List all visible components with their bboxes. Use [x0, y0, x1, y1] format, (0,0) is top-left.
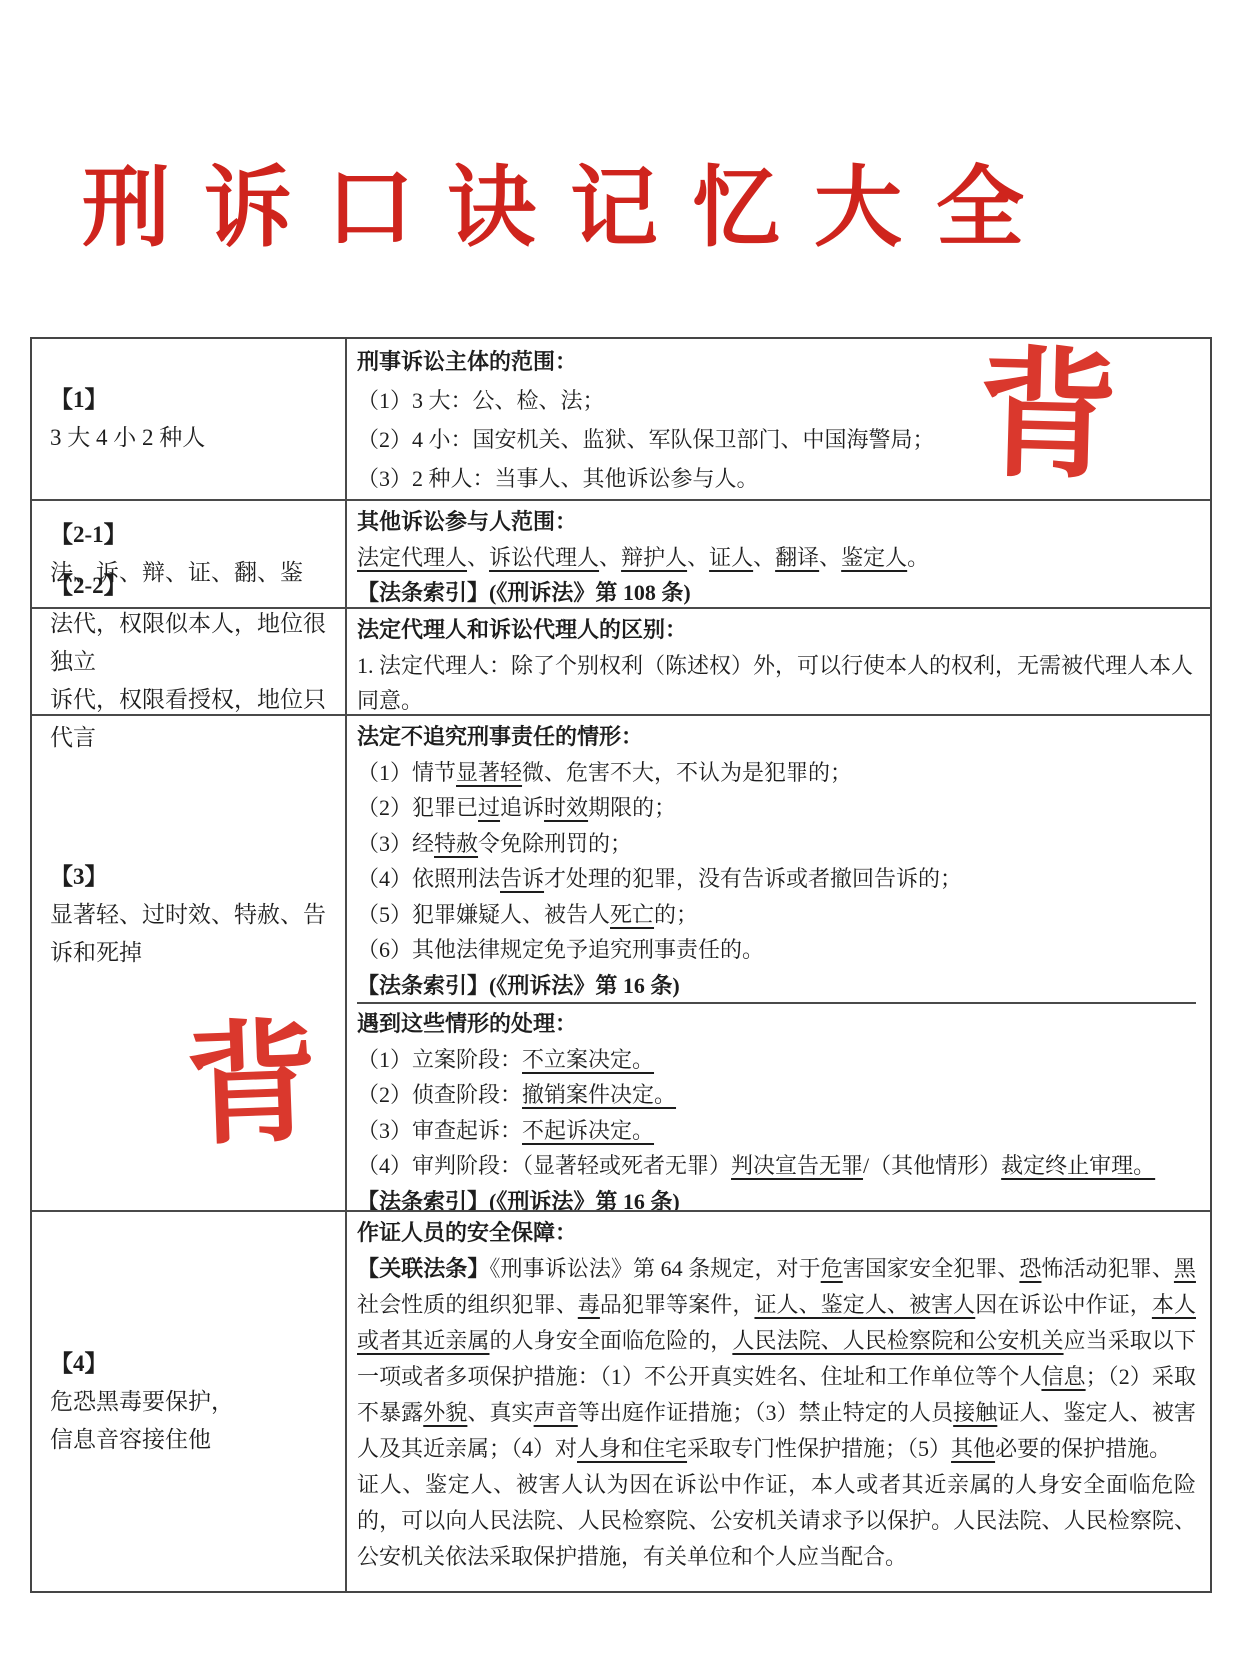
text-line: （4）依照刑法告诉才处理的犯罪，没有告诉或者撤回告诉的； [357, 861, 1196, 897]
explanation-block: 法定不追究刑事责任的情形： （1）情节显著轻微、危害不大，不认为是犯罪的； （2… [357, 719, 1196, 1002]
memorize-stamp-middle-left: 背 [184, 1018, 321, 1155]
law-index-line: 【法条索引】(《刑诉法》第 108 条) [357, 575, 1196, 607]
explanation-block: 遇到这些情形的处理： （1）立案阶段：不立案决定。 （2）侦查阶段：撤销案件决定… [357, 1002, 1196, 1210]
law-index-line: 【法条索引】(《刑诉法》第 16 条) [357, 968, 1196, 1003]
text-line: （3）经特赦令免除刑罚的； [357, 826, 1196, 862]
paragraph: 【关联法条】《刑事诉讼法》第 64 条规定，对于危害国家安全犯罪、恐怖活动犯罪、… [357, 1251, 1196, 1467]
mnemonic-text: 信息音容接住他 [50, 1421, 339, 1459]
explanation-cell: 作证人员的安全保障： 【关联法条】《刑事诉讼法》第 64 条规定，对于危害国家安… [347, 1212, 1210, 1591]
table-row-3: 【2-2】 法代，权限似本人，地位很独立 诉代，权限看授权，地位只代言 法定代理… [32, 607, 1210, 714]
mnemonic-tag: 【1】 [50, 381, 339, 419]
paragraph: 证人、鉴定人、被害人认为因在诉讼中作证，本人或者其近亲属的人身安全面临危险的，可… [357, 1467, 1196, 1575]
text-line: （1）情节显著轻微、危害不大，不认为是犯罪的； [357, 755, 1196, 791]
memorize-stamp-top-right: 背 [976, 346, 1120, 490]
text-line: 遇到这些情形的处理： [357, 1006, 1196, 1042]
text-line: （1）立案阶段：不立案决定。 [357, 1042, 1196, 1078]
law-index-line: 【法条索引】(《刑诉法》第 16 条) [357, 1184, 1196, 1211]
text-line: 法定不追究刑事责任的情形： [357, 719, 1196, 755]
explanation-block: 作证人员的安全保障： 【关联法条】《刑事诉讼法》第 64 条规定，对于危害国家安… [357, 1215, 1196, 1575]
text-line: （2）犯罪已过追诉时效期限的； [357, 790, 1196, 826]
explanation-block: 其他诉讼参与人范围： 法定代理人、诉讼代理人、辩护人、证人、翻译、鉴定人。 【法… [357, 504, 1196, 607]
text-line: 法定代理人和诉讼代理人的区别： [357, 612, 1196, 648]
mnemonic-text: 危恐黑毒要保护， [50, 1383, 339, 1421]
mnemonic-text: 显著轻、过时效、特赦、告诉和死掉 [50, 896, 339, 972]
mnemonic-text: 法代，权限似本人，地位很独立 [50, 605, 339, 681]
explanation-cell: 其他诉讼参与人范围： 法定代理人、诉讼代理人、辩护人、证人、翻译、鉴定人。 【法… [347, 501, 1210, 607]
mnemonic-tag: 【4】 [50, 1345, 339, 1383]
page: 刑诉口诀记忆大全 背 背 【1】 3 大 4 小 2 种人 刑事诉讼主体的范围：… [0, 0, 1242, 1660]
mnemonic-cell: 【1】 3 大 4 小 2 种人 [32, 339, 347, 499]
mnemonic-cell: 【2-2】 法代，权限似本人，地位很独立 诉代，权限看授权，地位只代言 [32, 609, 347, 714]
table-row-5: 【4】 危恐黑毒要保护， 信息音容接住他 作证人员的安全保障： 【关联法条】《刑… [32, 1210, 1210, 1591]
text-line: （2）侦查阶段：撤销案件决定。 [357, 1077, 1196, 1113]
text-line: 1. 法定代理人：除了个别权利（陈述权）外，可以行使本人的权利，无需被代理人本人… [357, 648, 1196, 715]
text-line: 作证人员的安全保障： [357, 1215, 1196, 1251]
mnemonic-tag: 【3】 [50, 858, 339, 896]
mnemonic-table: 【1】 3 大 4 小 2 种人 刑事诉讼主体的范围： （1）3 大：公、检、法… [30, 337, 1212, 1593]
mnemonic-tag: 【2-1】 [50, 516, 339, 554]
text-line: （3）审查起诉：不起诉决定。 [357, 1113, 1196, 1149]
text-line: （6）其他法律规定免予追究刑事责任的。 [357, 932, 1196, 968]
text-line: （5）犯罪嫌疑人、被告人死亡的； [357, 897, 1196, 933]
mnemonic-tag: 【2-2】 [50, 567, 339, 605]
explanation-cell: 法定不追究刑事责任的情形： （1）情节显著轻微、危害不大，不认为是犯罪的； （2… [347, 716, 1210, 1210]
page-title: 刑诉口诀记忆大全 [70, 138, 1070, 264]
mnemonic-cell: 【4】 危恐黑毒要保护， 信息音容接住他 [32, 1212, 347, 1591]
text-line: 其他诉讼参与人范围： [357, 504, 1196, 540]
mnemonic-text: 3 大 4 小 2 种人 [50, 419, 339, 457]
text-line: 法定代理人、诉讼代理人、辩护人、证人、翻译、鉴定人。 [357, 540, 1196, 576]
text-line: （4）审判阶段：（显著轻或死者无罪）判决宣告无罪/（其他情形）裁定终止审理。 [357, 1148, 1196, 1184]
explanation-block: 法定代理人和诉讼代理人的区别： 1. 法定代理人：除了个别权利（陈述权）外，可以… [357, 612, 1196, 714]
explanation-cell: 法定代理人和诉讼代理人的区别： 1. 法定代理人：除了个别权利（陈述权）外，可以… [347, 609, 1210, 714]
